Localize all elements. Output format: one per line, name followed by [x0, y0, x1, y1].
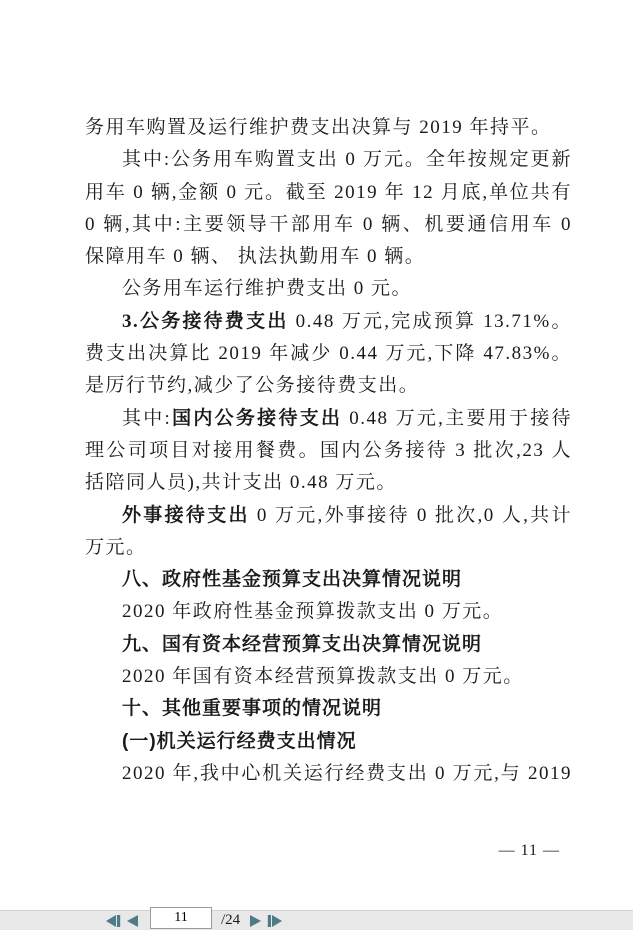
text-run: 十、其他重要事项的情况说明 [122, 698, 382, 719]
page-number-footer: — 11 — [0, 842, 560, 860]
text-line: 费支出决算比 2019 年减少 0.44 万元,下降 47.83%。主要原因 [85, 338, 572, 370]
next-page-button[interactable] [250, 911, 261, 930]
text-line: 用车 0 辆,金额 0 元。截至 2019 年 12 月底,单位共有公务用车 [85, 177, 572, 209]
text-line: 理公司项目对接用餐费。国内公务接待 3 批次,23 人次(不包 [85, 435, 572, 467]
heading-line: 八、政府性基金预算支出决算情况说明 [85, 564, 572, 596]
text-run: 2020 年政府性基金预算拨款支出 0 万元。 [122, 601, 503, 622]
document-text: 务用车购置及运行维护费支出决算与 2019 年持平。其中:公务用车购置支出 0 … [85, 112, 572, 790]
text-line: 其中:国内公务接待支出 0.48 万元,主要用于接待基金管 [85, 403, 572, 435]
prev-page-button[interactable] [127, 911, 138, 930]
text-run: 外事接待支出 [122, 505, 250, 526]
text-run: 2020 年,我中心机关运行经费支出 0 万元,与 2019 年决算 [122, 763, 572, 790]
text-run: 国内公务接待支出 [171, 408, 342, 429]
text-line: 括陪同人员),共计支出 0.48 万元。 [85, 467, 572, 499]
text-run: 其中:公务用车购置支出 0 万元。全年按规定更新购置公务 [122, 149, 572, 176]
text-run: 用车 0 辆,金额 0 元。截至 2019 年 12 月底,单位共有公务用车 [85, 182, 572, 209]
text-run: 八、政府性基金预算支出决算情况说明 [122, 569, 462, 590]
text-run: 2020 年国有资本经营预算拨款支出 0 万元。 [122, 666, 524, 687]
text-line: 保障用车 0 辆、 执法执勤用车 0 辆。 [85, 241, 572, 273]
text-line: 2020 年政府性基金预算拨款支出 0 万元。 [85, 596, 572, 628]
text-run: 括陪同人员),共计支出 0.48 万元。 [85, 472, 397, 493]
last-page-icon [267, 915, 282, 927]
first-page-icon [106, 915, 121, 927]
heading-line: (一)机关运行经费支出情况 [85, 726, 572, 758]
text-line: 其中:公务用车购置支出 0 万元。全年按规定更新购置公务 [85, 144, 572, 176]
first-page-button[interactable] [106, 911, 121, 930]
text-run: 万元。 [85, 537, 147, 558]
text-run: 是厉行节约,减少了公务接待费支出。 [85, 375, 419, 396]
heading-line: 十、其他重要事项的情况说明 [85, 693, 572, 725]
text-run: 务用车购置及运行维护费支出决算与 2019 年持平。 [85, 117, 552, 138]
text-line: 万元。 [85, 532, 572, 564]
text-line: 公务用车运行维护费支出 0 元。 [85, 273, 572, 305]
text-run: 公务用车运行维护费支出 0 元。 [122, 278, 412, 299]
page-number-input[interactable] [150, 907, 212, 929]
text-run: 理公司项目对接用餐费。国内公务接待 3 批次,23 人次(不包 [85, 440, 572, 467]
last-page-button[interactable] [267, 911, 282, 930]
text-line: 务用车购置及运行维护费支出决算与 2019 年持平。 [85, 112, 572, 144]
text-run: 其中: [122, 408, 171, 429]
next-page-icon [250, 915, 261, 927]
text-run: 3.公务接待费支出 [122, 311, 289, 332]
text-line: 外事接待支出 0 万元,外事接待 0 批次,0 人,共计支出 0 [85, 500, 572, 532]
page-navigation-toolbar: /24 [0, 910, 633, 930]
text-run: 九、国有资本经营预算支出决算情况说明 [122, 634, 482, 655]
text-line: 是厉行节约,减少了公务接待费支出。 [85, 370, 572, 402]
text-line: 2020 年,我中心机关运行经费支出 0 万元,与 2019 年决算 [85, 758, 572, 790]
prev-page-icon [127, 915, 138, 927]
heading-line: 九、国有资本经营预算支出决算情况说明 [85, 629, 572, 661]
text-run: 费支出决算比 2019 年减少 0.44 万元,下降 47.83%。主要原因 [85, 343, 572, 370]
document-page: 务用车购置及运行维护费支出决算与 2019 年持平。其中:公务用车购置支出 0 … [0, 0, 633, 930]
text-line: 2020 年国有资本经营预算拨款支出 0 万元。 [85, 661, 572, 693]
text-line: 0 辆,其中:主要领导干部用车 0 辆、机要通信用车 0 辆、应急 [85, 209, 572, 241]
text-line: 3.公务接待费支出 0.48 万元,完成预算 13.71%。公务接待 [85, 306, 572, 338]
text-run: 保障用车 0 辆、 执法执勤用车 0 辆。 [85, 246, 425, 267]
text-run: 0 辆,其中:主要领导干部用车 0 辆、机要通信用车 0 辆、应急 [85, 214, 572, 241]
page-total-label: /24 [221, 912, 240, 929]
text-run: (一)机关运行经费支出情况 [122, 731, 357, 752]
